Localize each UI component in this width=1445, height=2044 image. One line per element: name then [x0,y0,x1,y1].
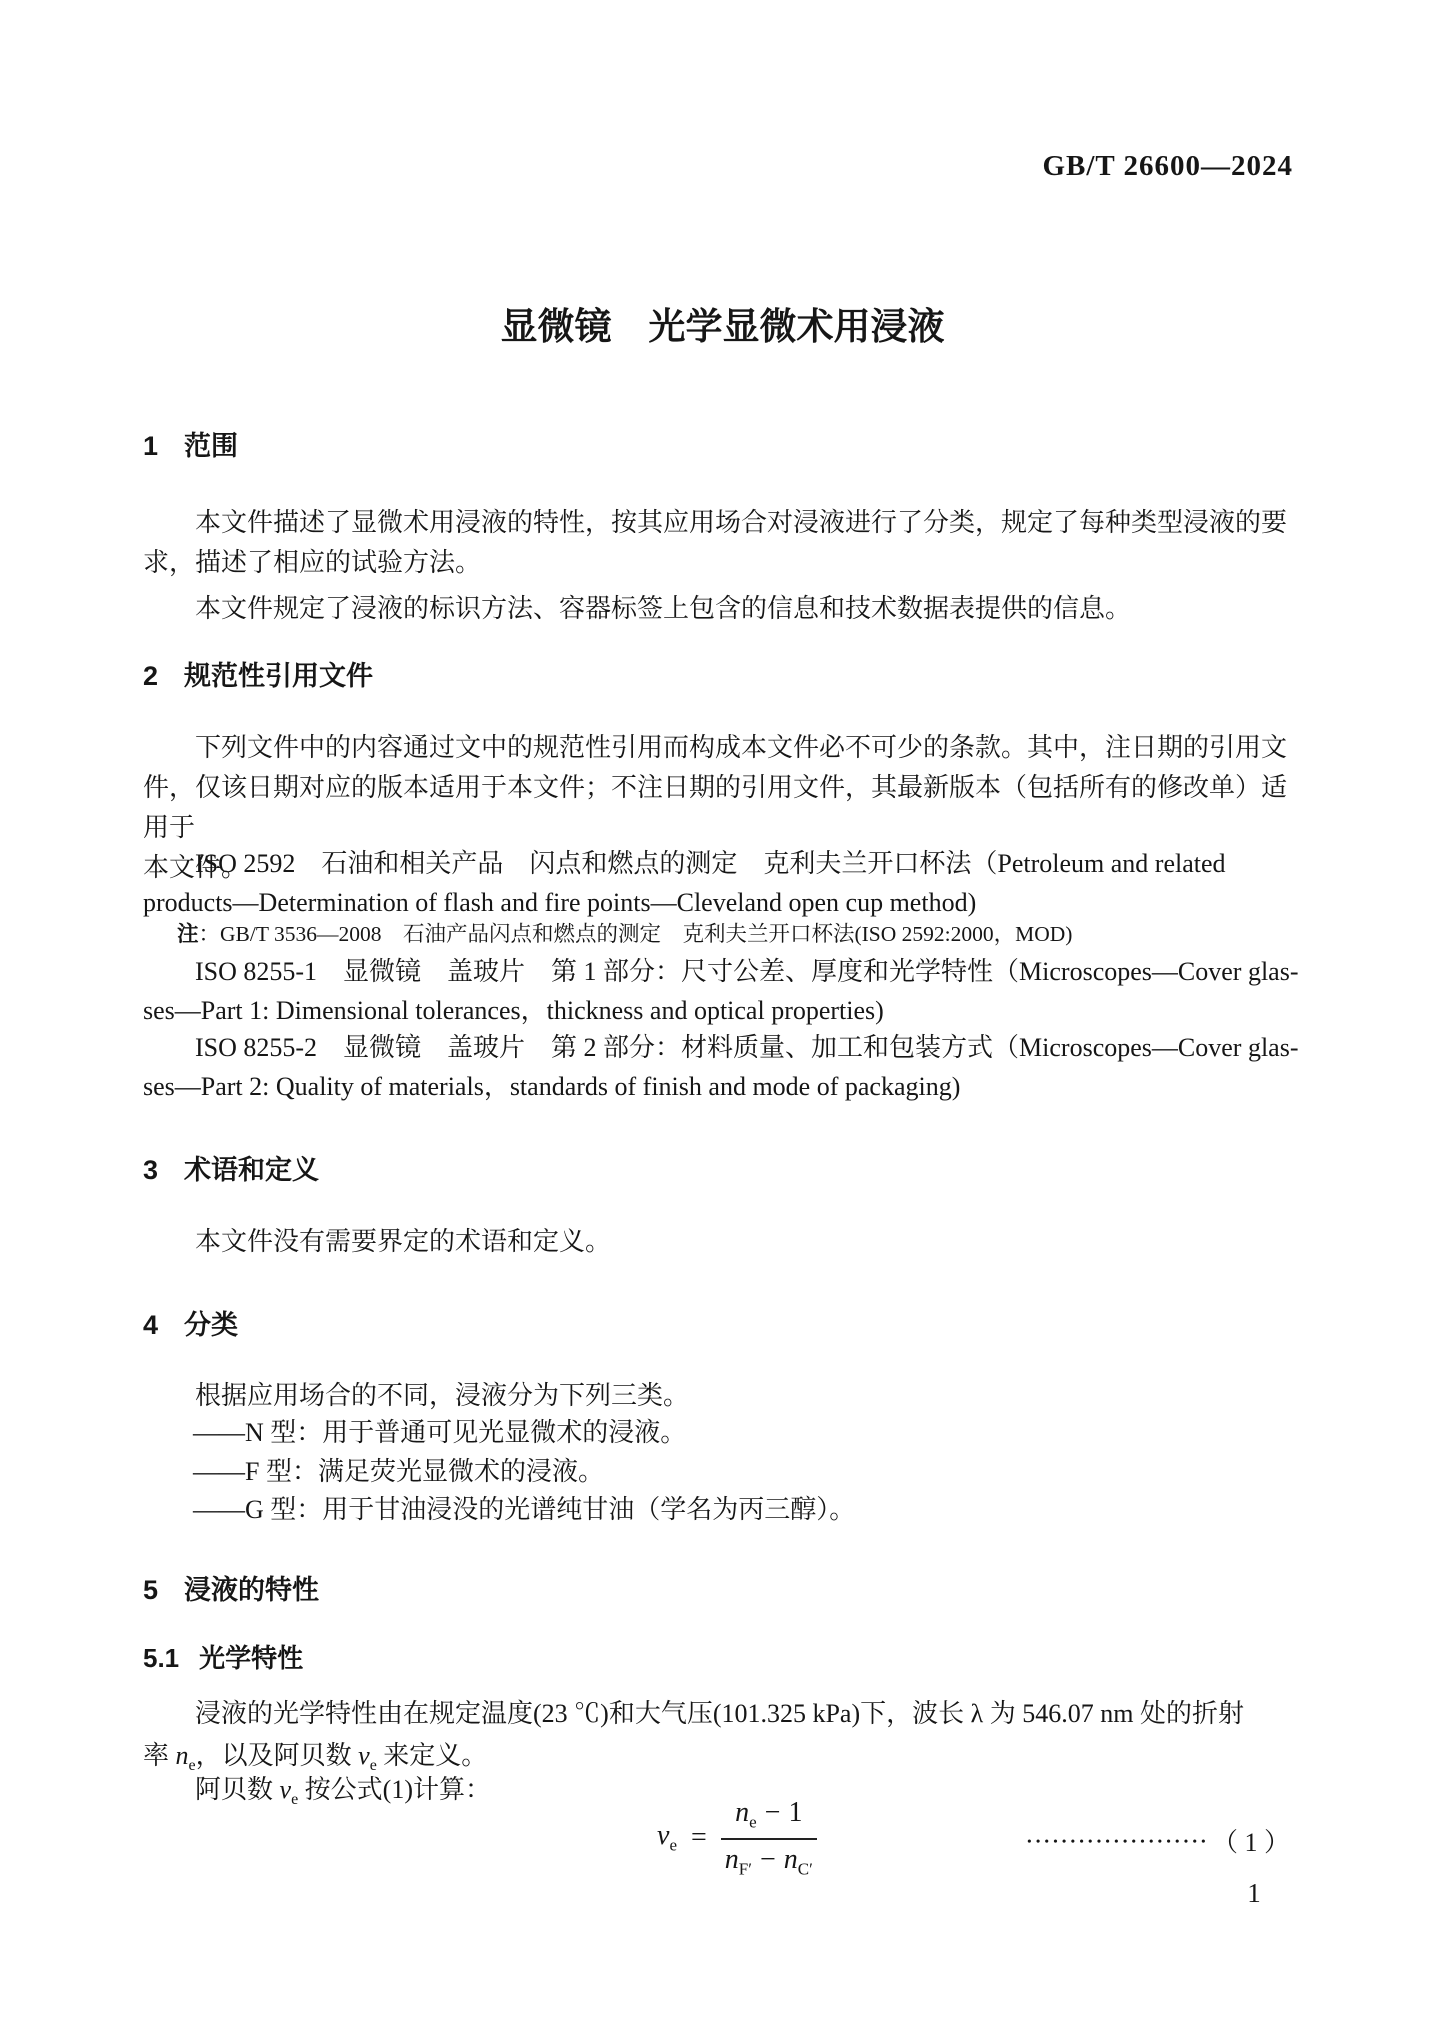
list-item: ——G 型：用于甘油浸没的光谱纯甘油（学名为丙三醇）。 [143,1491,1310,1530]
section-title: 规范性引用文件 [184,661,373,691]
reference-line: ISO 8255-2 显微镜 盖玻片 第 2 部分：材料质量、加工和包装方式（M… [143,1029,1310,1068]
fraction-denominator: nF′−nC′ [721,1840,817,1880]
note-label: 注 [177,922,199,946]
minus-sign: − [760,1844,776,1875]
paragraph-line: 浸液的光学特性由在规定温度(23 ℃)和大气压(101.325 kPa)下，波长… [143,1693,1310,1735]
list-item: ——F 型：满足荧光显微术的浸液。 [143,1453,1310,1492]
reference-line: ISO 8255-1 显微镜 盖玻片 第 1 部分：尺寸公差、厚度和光学特性（M… [143,953,1310,992]
section-title: 光学特性 [199,1643,303,1673]
text-fragment: 按公式(1)计算： [298,1775,491,1804]
page-number: 1 [1234,1878,1274,1909]
paragraph-line: 件，仅该日期对应的版本适用于本文件；不注日期的引用文件，其最新版本（包括所有的修… [143,768,1310,848]
fraction-numerator: ne−1 [721,1797,817,1840]
equation-1-expression: νe = ne−1 nF′−nC′ [657,1806,817,1870]
section-1-heading: 1范围 [143,424,1310,463]
math-sub: C′ [798,1859,813,1878]
reference-iso-8255-1: ISO 8255-1 显微镜 盖玻片 第 1 部分：尺寸公差、厚度和光学特性（M… [143,953,1310,1030]
equals-sign: = [691,1822,707,1854]
paragraph-line: 本文件描述了显微术用浸液的特性，按其应用场合对浸液进行了分类，规定了每种类型浸液… [143,503,1310,543]
equation-1-row: νe = ne−1 nF′−nC′ •••••••••••••••••••••（… [143,1806,1310,1874]
reference-line: products—Determination of flash and fire… [143,884,1310,923]
standard-document-page: GB/T 26600—2024 显微镜 光学显微术用浸液 1范围 本文件描述了显… [0,0,1445,2044]
math-var-n: n [735,1797,749,1828]
paragraph-line: 本文件没有需要界定的术语和定义。 [143,1222,1310,1262]
math-var-nu: ν [358,1741,370,1770]
section-number: 5 [143,1575,158,1605]
paragraph-line: 下列文件中的内容通过文中的规范性引用而构成本文件必不可少的条款。其中，注日期的引… [143,728,1310,768]
section-3-heading: 3术语和定义 [143,1148,1310,1187]
section-number: 4 [143,1310,158,1340]
section-number: 2 [143,661,158,691]
math-sub: e [749,1813,757,1832]
section-number: 5.1 [143,1643,179,1673]
section-5-heading: 5浸液的特性 [143,1568,1310,1607]
section-number: 1 [143,431,158,461]
minus-sign: − [765,1797,781,1828]
list-item: ——N 型：用于普通可见光显微术的浸液。 [143,1414,1310,1453]
reference-line: ISO 2592 石油和相关产品 闪点和燃点的测定 克利夫兰开口杯法（Petro… [143,845,1310,884]
reference-line: ses—Part 1: Dimensional tolerances，thick… [143,992,1310,1031]
reference-note: 注：GB/T 3536—2008 石油产品闪点和燃点的测定 克利夫兰开口杯法(I… [143,919,1310,949]
equation-leader: •••••••••••••••••••••（ 1 ） [1027,1822,1290,1859]
section-5-1-heading: 5.1光学特性 [143,1638,1310,1675]
section-title: 分类 [184,1310,238,1340]
math-sub: e [669,1836,677,1855]
doc-code: GB/T 26600—2024 [1042,150,1293,183]
reference-line: ses—Part 2: Quality of materials，standar… [143,1068,1310,1107]
math-var-n: n [784,1844,798,1875]
math-const: 1 [788,1797,802,1828]
reference-iso-8255-2: ISO 8255-2 显微镜 盖玻片 第 2 部分：材料质量、加工和包装方式（M… [143,1029,1310,1106]
section-title: 术语和定义 [184,1155,319,1185]
section-1-paragraph-1: 本文件描述了显微术用浸液的特性，按其应用场合对浸液进行了分类，规定了每种类型浸液… [143,503,1310,583]
math-sub: F′ [739,1859,752,1878]
paragraph-line: 根据应用场合的不同，浸液分为下列三类。 [143,1376,1310,1416]
section-1-paragraph-2: 本文件规定了浸液的标识方法、容器标签上包含的信息和技术数据表提供的信息。 [143,589,1310,629]
paragraph-line: 求，描述了相应的试验方法。 [143,543,1310,583]
section-2-heading: 2规范性引用文件 [143,654,1310,693]
doc-title: 显微镜 光学显微术用浸液 [0,296,1445,350]
note-text: ：GB/T 3536—2008 石油产品闪点和燃点的测定 克利夫兰开口杯法(IS… [199,922,1073,946]
section-title: 范围 [184,431,238,461]
equation-lhs: νe [657,1820,677,1856]
text-fragment: 来定义。 [377,1741,488,1770]
section-3-paragraph: 本文件没有需要界定的术语和定义。 [143,1222,1310,1262]
section-4-paragraph: 根据应用场合的不同，浸液分为下列三类。 [143,1376,1310,1416]
leader-dots: ••••••••••••••••••••• [1027,1834,1210,1848]
math-var-n: n [725,1844,739,1875]
section-4-heading: 4分类 [143,1303,1310,1342]
text-fragment: ，以及阿贝数 [196,1741,359,1770]
reference-iso-2592: ISO 2592 石油和相关产品 闪点和燃点的测定 克利夫兰开口杯法（Petro… [143,845,1310,922]
text-fragment: 率 [143,1741,176,1770]
section-title: 浸液的特性 [184,1575,319,1605]
fraction: ne−1 nF′−nC′ [721,1797,817,1879]
paragraph-line: 本文件规定了浸液的标识方法、容器标签上包含的信息和技术数据表提供的信息。 [143,589,1310,629]
section-number: 3 [143,1155,158,1185]
classification-list: ——N 型：用于普通可见光显微术的浸液。 ——F 型：满足荧光显微术的浸液。 —… [143,1414,1310,1530]
math-var-n: n [176,1741,189,1770]
math-var-nu: ν [657,1820,669,1851]
equation-number: （ 1 ） [1212,1828,1290,1857]
text-fragment: 阿贝数 [195,1775,280,1804]
math-var-nu: ν [280,1775,292,1804]
